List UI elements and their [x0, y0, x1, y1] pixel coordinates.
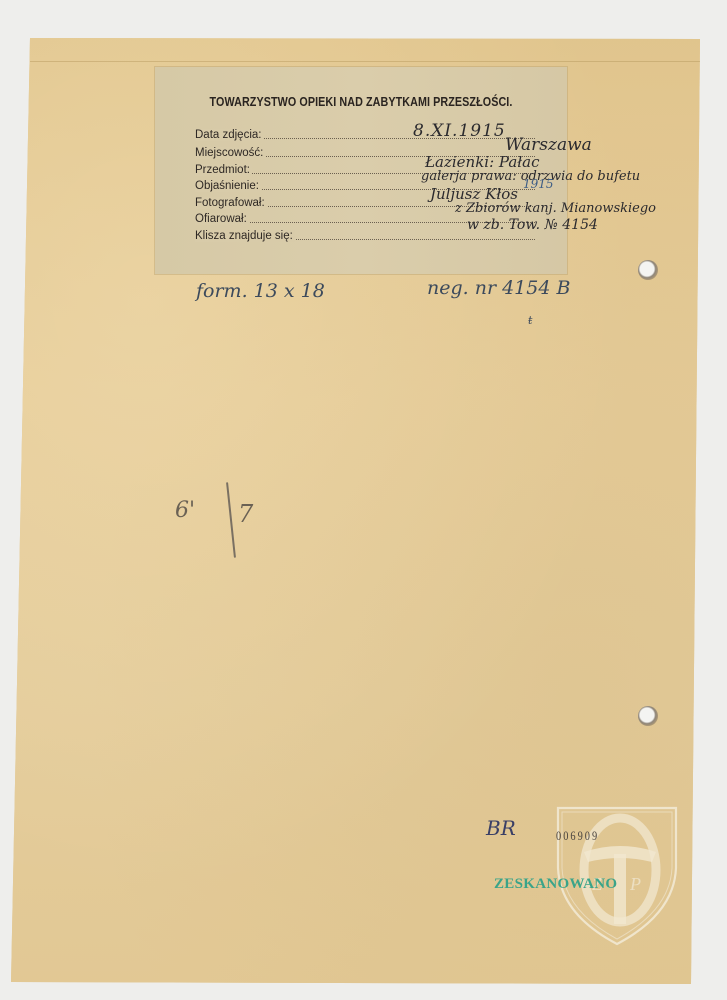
scanned-stamp: ZESKANOWANO: [494, 876, 617, 893]
handwritten-donor: z Zbiorów kanj. Mianowskiego: [455, 201, 656, 216]
negative-number-annotation: neg. nr 4154 B: [427, 277, 570, 299]
handwritten-date: 8.XI.1915: [413, 121, 506, 141]
label-title: TOWARZYSTWO OPIEKI NAD ZABYTKAMI PRZESZŁ…: [184, 95, 538, 109]
society-label: TOWARZYSTWO OPIEKI NAD ZABYTKAMI PRZESZŁ…: [155, 67, 567, 274]
format-annotation: form. 13 x 18: [196, 280, 325, 302]
handwritten-location: Warszawa: [505, 135, 592, 155]
collection-code: BR: [486, 816, 516, 840]
handwritten-negative-location: w zb. Tow. № 4154: [467, 217, 598, 233]
watermark-shield-icon: Z P: [554, 802, 680, 948]
punch-hole-top: [638, 260, 658, 280]
punch-hole-bottom: [638, 706, 658, 726]
small-mark: ŧ: [528, 314, 532, 327]
handwritten-photo-year: 1915: [523, 177, 554, 191]
page-ref-right: 7: [238, 500, 253, 528]
svg-text:P: P: [629, 874, 641, 894]
page-ref-left: 6': [175, 498, 195, 523]
serial-number: 006909: [556, 828, 599, 844]
card-fold-line: [30, 61, 700, 62]
